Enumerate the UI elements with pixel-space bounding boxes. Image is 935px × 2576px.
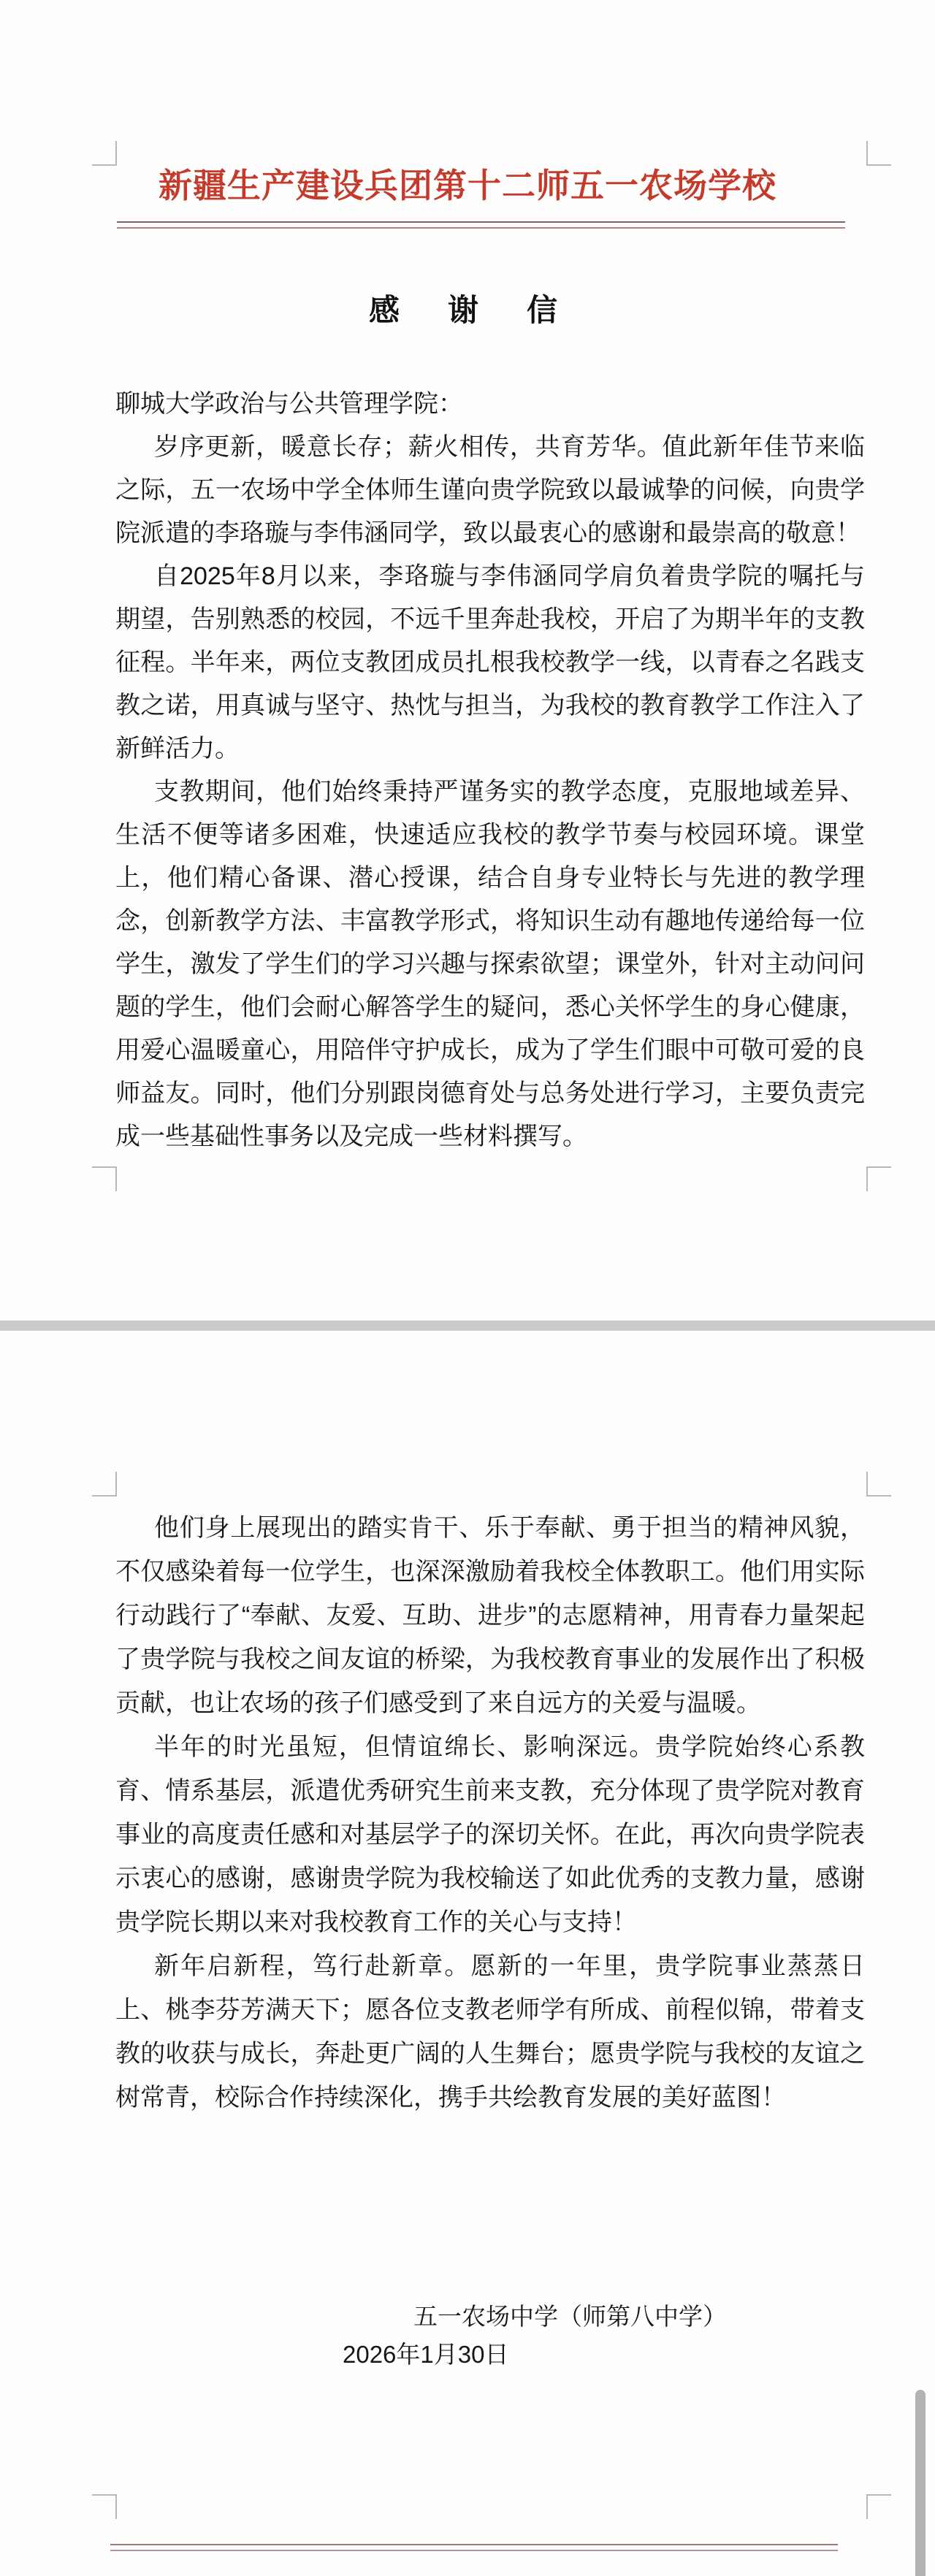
document-viewer: 新疆生产建设兵团第十二师五一农场学校 感 谢 信 聊城大学政治与公共管理学院： … xyxy=(0,0,935,2576)
crop-mark-top-left xyxy=(92,141,117,166)
crop-mark-bottom-left xyxy=(92,1166,117,1191)
paragraph: 新年启新程，笃行赴新章。愿新的一年里，贵学院事业蒸蒸日上、桃李芬芳满天下；愿各位… xyxy=(115,1944,865,2120)
letterhead-title: 新疆生产建设兵团第十二师五一农场学校 xyxy=(0,164,935,207)
letterhead-rule xyxy=(117,221,845,229)
page-1: 新疆生产建设兵团第十二师五一农场学校 感 谢 信 聊城大学政治与公共管理学院： … xyxy=(0,0,935,1321)
crop-mark-bottom-right xyxy=(866,1166,891,1191)
scrollbar-thumb[interactable] xyxy=(915,2390,926,2576)
footer-rule xyxy=(110,2544,838,2551)
signature-school: 五一农场中学（师第八中学） xyxy=(413,2302,727,2331)
crop-mark-top-right xyxy=(866,1472,891,1497)
paragraph: 支教期间，他们始终秉持严谨务实的教学态度，克服地域差异、生活不便等诸多困难，快速… xyxy=(115,771,865,1158)
paragraph: 自2025年8月以来，李珞璇与李伟涵同学肩负着贵学院的嘱托与期望，告别熟悉的校园… xyxy=(115,555,865,771)
letter-title: 感 谢 信 xyxy=(0,294,935,327)
paragraph: 岁序更新，暖意长存；薪火相传，共育芳华。值此新年佳节来临之际，五一农场中学全体师… xyxy=(115,426,865,555)
letter-body-page2: 他们身上展现出的踏实肯干、乐于奉献、勇于担当的精神风貌，不仅感染着每一位学生，也… xyxy=(115,1506,865,2120)
crop-mark-bottom-left xyxy=(92,2494,117,2519)
page-separator xyxy=(0,1321,935,1331)
crop-mark-top-right xyxy=(866,141,891,166)
paragraph: 半年的时光虽短，但情谊绵长、影响深远。贵学院始终心系教育、情系基层，派遣优秀研究… xyxy=(115,1725,865,1944)
signature-date: 2026年1月30日 xyxy=(343,2340,508,2369)
letter-body-page1: 聊城大学政治与公共管理学院： 岁序更新，暖意长存；薪火相传，共育芳华。值此新年佳… xyxy=(115,383,865,1158)
paragraph: 他们身上展现出的踏实肯干、乐于奉献、勇于担当的精神风貌，不仅感染着每一位学生，也… xyxy=(115,1506,865,1725)
crop-mark-top-left xyxy=(92,1472,117,1497)
salutation: 聊城大学政治与公共管理学院： xyxy=(115,383,865,426)
crop-mark-bottom-right xyxy=(866,2494,891,2519)
page-2: 他们身上展现出的踏实肯干、乐于奉献、勇于担当的精神风貌，不仅感染着每一位学生，也… xyxy=(0,1331,935,2576)
